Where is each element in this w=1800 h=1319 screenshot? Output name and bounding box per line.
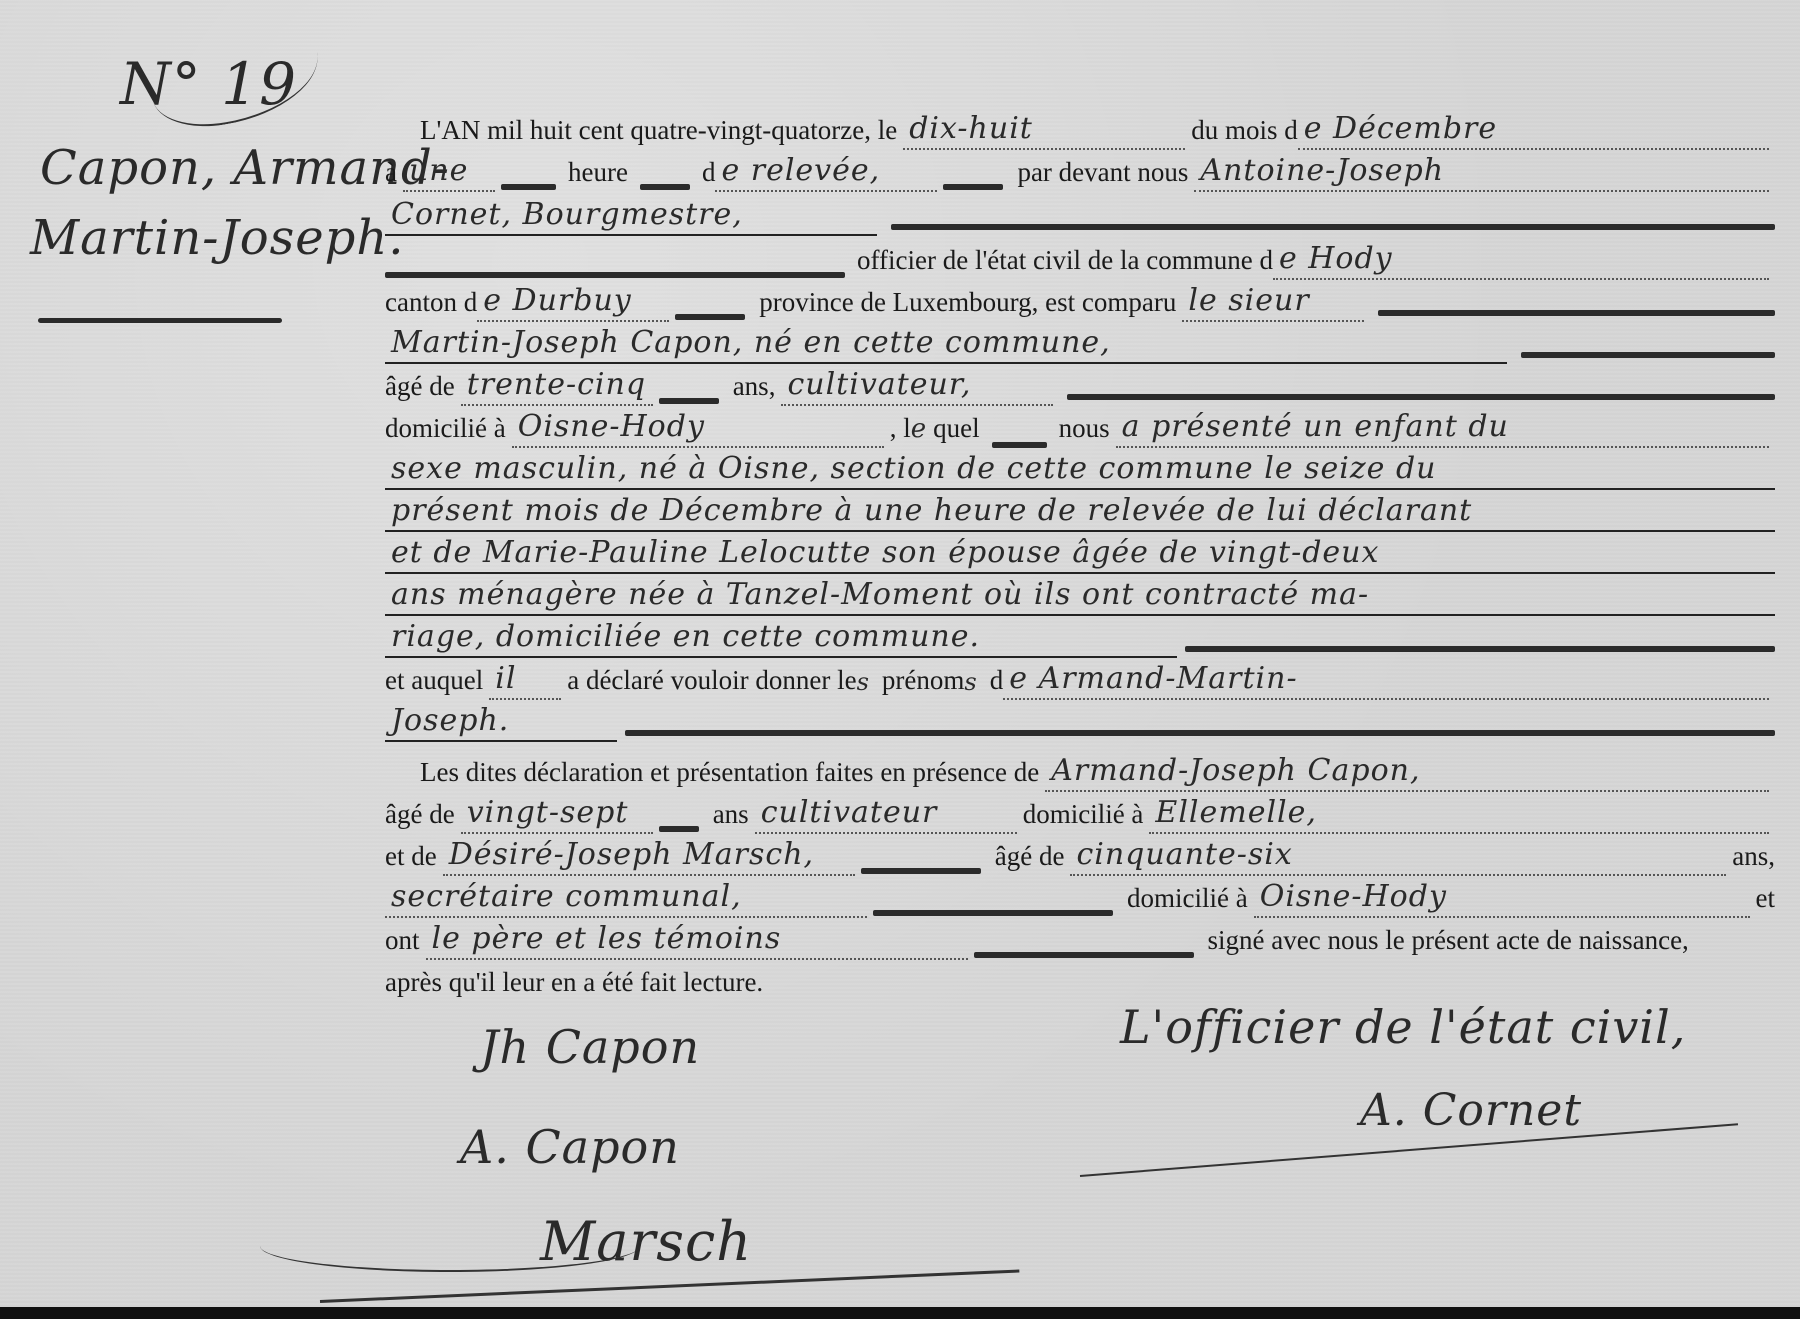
witness2-residence-field: Oisne-Hody bbox=[1254, 879, 1750, 918]
act-number: N° 19 bbox=[120, 50, 297, 118]
margin-divider bbox=[38, 318, 282, 323]
printed-text: heure bbox=[568, 157, 628, 192]
record-line-12: ans ménagère née à Tanzel-Moment où ils … bbox=[385, 576, 1775, 616]
record-line-15: Joseph. bbox=[385, 702, 1775, 742]
fill-bar bbox=[1521, 352, 1775, 358]
printed-text: province de Luxembourg, est comparu bbox=[759, 287, 1176, 322]
presentation-field: a présenté un enfant du bbox=[1116, 409, 1769, 448]
declarant-prefix-field: le sieur bbox=[1182, 283, 1364, 322]
record-line-10: présent mois de Décembre à une heure de … bbox=[385, 492, 1775, 532]
printed-text: domicilié à bbox=[385, 413, 506, 448]
record-line-7: âgé de trente-cinq ans, cultivateur, bbox=[385, 366, 1775, 406]
record-line-20: ont le père et les témoins signé avec no… bbox=[385, 920, 1775, 960]
printed-text: par devant nous bbox=[1017, 157, 1188, 192]
fill-bar bbox=[1378, 310, 1775, 316]
record-line-14: et auquel il a déclaré vouloir donner le… bbox=[385, 660, 1775, 700]
printed-text: d bbox=[990, 665, 1004, 700]
signature-underline bbox=[320, 1269, 1019, 1303]
printed-text: canton d bbox=[385, 287, 477, 322]
printed-text: et bbox=[1756, 883, 1776, 918]
witness2-profession-field: secrétaire communal, bbox=[385, 879, 867, 918]
fill-bar bbox=[992, 442, 1047, 448]
record-line-16: Les dites déclaration et présentation fa… bbox=[420, 752, 1775, 792]
witness1-profession-field: cultivateur bbox=[755, 795, 1017, 834]
printed-text: ans, bbox=[1732, 841, 1775, 876]
officer-title-field: Cornet, Bourgmestre, bbox=[385, 197, 877, 236]
printed-text: après qu'il leur en a été fait lecture. bbox=[385, 967, 763, 1002]
printed-text: âgé de bbox=[385, 799, 455, 834]
child-given-names-cont: Joseph. bbox=[385, 703, 617, 742]
record-line-1: L'AN mil huit cent quatre-vingt-quatorze… bbox=[420, 110, 1775, 150]
printed-text: Les dites déclaration et présentation fa… bbox=[420, 757, 1039, 792]
fill-bar bbox=[873, 910, 1113, 916]
printed-text: prénom bbox=[882, 665, 964, 700]
witness2-name-field: Désiré-Joseph Marsch, bbox=[443, 837, 855, 876]
child-given-names-field: e Armand-Martin- bbox=[1003, 661, 1769, 700]
scan-edge bbox=[0, 1307, 1800, 1319]
printed-text: , l bbox=[890, 413, 911, 448]
printed-text: et de bbox=[385, 841, 437, 876]
record-line-21: après qu'il leur en a été fait lecture. bbox=[385, 962, 1775, 1002]
printed-text: du mois d bbox=[1191, 115, 1298, 150]
fill-bar bbox=[659, 826, 699, 832]
record-line-3: Cornet, Bourgmestre, bbox=[385, 196, 1775, 236]
witness1-name-field: Armand-Joseph Capon, bbox=[1045, 753, 1769, 792]
fill-bar bbox=[659, 398, 719, 404]
fill-bar bbox=[1185, 646, 1775, 652]
printed-text: ont bbox=[385, 925, 420, 960]
declarant-name-field: Martin-Joseph Capon, né en cette commune… bbox=[385, 325, 1507, 364]
record-line-17: âgé de vingt-sept ans cultivateur domici… bbox=[385, 794, 1775, 834]
record-line-8: domicilié à Oisne-Hody , l e quel nous a… bbox=[385, 408, 1775, 448]
printed-text: âgé de bbox=[995, 841, 1065, 876]
handwritten-letter: s bbox=[964, 668, 977, 700]
printed-text: à bbox=[385, 157, 397, 192]
record-line-5: canton d e Durbuy province de Luxembourg… bbox=[385, 282, 1775, 322]
narrative-line: sexe masculin, né à Oisne, section de ce… bbox=[385, 451, 1775, 490]
time-of-day-field: e relevée, bbox=[715, 153, 937, 192]
fill-bar bbox=[625, 730, 1775, 736]
narrative-line: ans ménagère née à Tanzel-Moment où ils … bbox=[385, 577, 1775, 616]
witness1-age-field: vingt-sept bbox=[461, 795, 653, 834]
fill-bar bbox=[1067, 394, 1775, 400]
fill-bar bbox=[640, 184, 690, 190]
printed-text: officier de l'état civil de la commune d bbox=[857, 245, 1273, 280]
record-line-19: secrétaire communal, domicilié à Oisne-H… bbox=[385, 878, 1775, 918]
canton-field: e Durbuy bbox=[477, 283, 669, 322]
signature-officer: A. Cornet bbox=[1360, 1085, 1582, 1136]
margin-name-line2: Martin-Joseph. bbox=[30, 210, 405, 266]
printed-text: domicilié à bbox=[1023, 799, 1144, 834]
declarant-profession-field: cultivateur, bbox=[781, 367, 1053, 406]
signature-declarant: Jh Capon bbox=[480, 1020, 700, 1074]
record-line-6: Martin-Joseph Capon, né en cette commune… bbox=[385, 324, 1775, 364]
fill-bar bbox=[943, 184, 1003, 190]
narrative-line: et de Marie-Pauline Lelocutte son épouse… bbox=[385, 535, 1775, 574]
document-page: N° 19 Capon, Armand- Martin-Joseph. L'AN… bbox=[0, 0, 1800, 1319]
printed-text: quel bbox=[933, 413, 980, 448]
declarant-age-field: trente-cinq bbox=[461, 367, 653, 406]
record-line-9: sexe masculin, né à Oisne, section de ce… bbox=[385, 450, 1775, 490]
fill-bar bbox=[974, 952, 1194, 958]
hour-field: une bbox=[403, 153, 495, 192]
fill-bar bbox=[675, 314, 745, 320]
record-line-2: à une heure d e relevée, par devant nous… bbox=[385, 152, 1775, 192]
record-line-11: et de Marie-Pauline Lelocutte son épouse… bbox=[385, 534, 1775, 574]
declarant-residence-field: Oisne-Hody bbox=[512, 409, 884, 448]
record-line-18: et de Désiré-Joseph Marsch, âgé de cinqu… bbox=[385, 836, 1775, 876]
printed-text: âgé de bbox=[385, 371, 455, 406]
month-field: e Décembre bbox=[1298, 111, 1769, 150]
printed-text: d bbox=[702, 157, 716, 192]
signature-flourish bbox=[260, 1220, 640, 1272]
handwritten-letter: e bbox=[911, 414, 927, 448]
witness2-age-field: cinquante-six bbox=[1070, 837, 1726, 876]
fill-bar bbox=[891, 224, 1775, 230]
handwritten-letter: s bbox=[857, 668, 870, 700]
printed-text: signé avec nous le présent acte de naiss… bbox=[1208, 925, 1689, 960]
printed-text: nous bbox=[1059, 413, 1110, 448]
narrative-line: riage, domiciliée en cette commune. bbox=[385, 619, 1177, 658]
day-field: dix-huit bbox=[903, 111, 1185, 150]
printed-text: ans, bbox=[733, 371, 776, 406]
narrative-line: présent mois de Décembre à une heure de … bbox=[385, 493, 1775, 532]
printed-text: L'AN mil huit cent quatre-vingt-quatorze… bbox=[420, 115, 897, 150]
printed-text: et auquel bbox=[385, 665, 483, 700]
signatories-field: le père et les témoins bbox=[426, 921, 968, 960]
officer-name-field: Antoine-Joseph bbox=[1194, 153, 1769, 192]
officer-title: L'officier de l'état civil, bbox=[1120, 1000, 1686, 1054]
fill-bar bbox=[861, 868, 981, 874]
signature-witness1: A. Capon bbox=[460, 1120, 680, 1174]
printed-text: domicilié à bbox=[1127, 883, 1248, 918]
witness1-residence-field: Ellemelle, bbox=[1149, 795, 1769, 834]
printed-text: ans bbox=[713, 799, 749, 834]
fill-bar bbox=[501, 184, 556, 190]
record-line-4: officier de l'état civil de la commune d… bbox=[385, 240, 1775, 280]
record-line-13: riage, domiciliée en cette commune. bbox=[385, 618, 1775, 658]
printed-text: a déclaré vouloir donner le bbox=[567, 665, 856, 700]
commune-field: e Hody bbox=[1273, 241, 1769, 280]
pronoun-field: il bbox=[489, 661, 561, 700]
fill-bar bbox=[385, 272, 845, 278]
